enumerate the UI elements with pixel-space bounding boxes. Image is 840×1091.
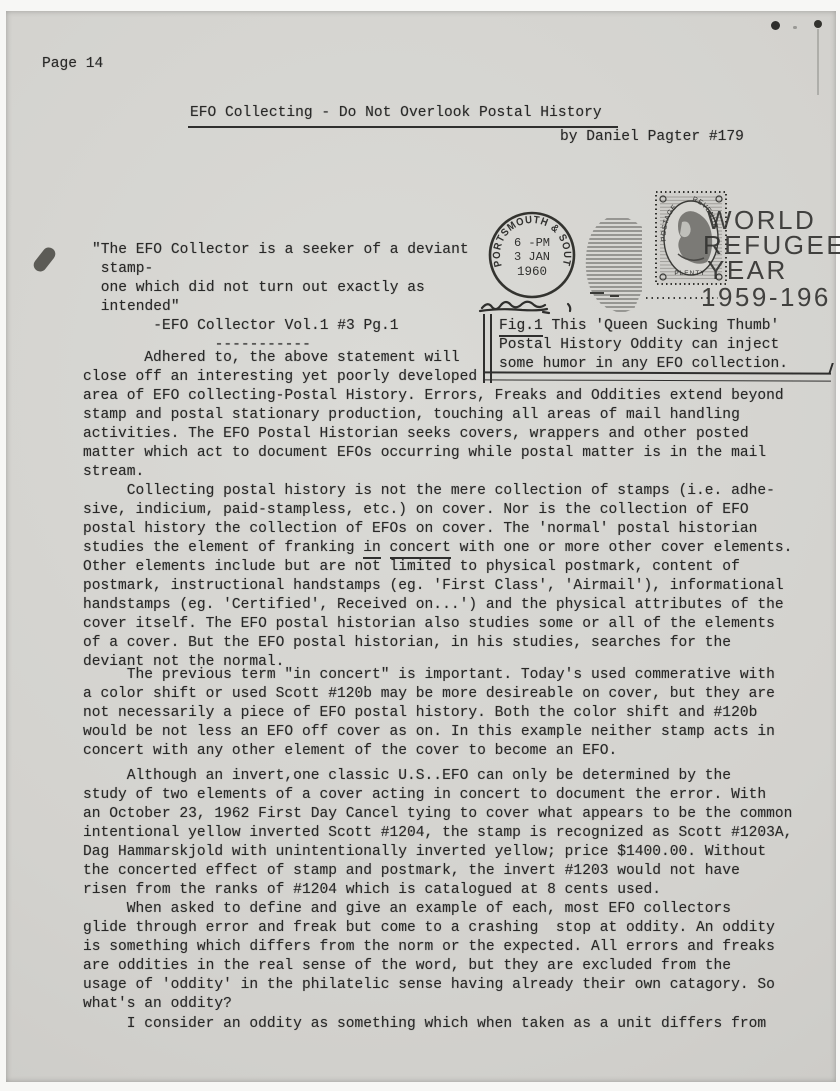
paragraph-2-part-b: Other elements include but are not limit… <box>83 558 784 672</box>
paragraph-5: When asked to define and give an example… <box>83 900 775 1014</box>
ink-speck <box>793 26 797 29</box>
postmark-year: 1960 <box>517 265 547 279</box>
ink-streak <box>817 29 819 95</box>
article-byline: by Daniel Pagter #179 <box>560 128 744 147</box>
cds-postmark: PORTSMOUTH & SOUTHSEA 6 -PM 3 JAN 1960 <box>460 165 574 297</box>
slogan-line-4: 1959-196 <box>701 282 831 312</box>
ink-dot <box>771 21 780 30</box>
paragraph-4: Although an invert,one classic U.S..EFO … <box>83 767 792 900</box>
stamp-bottom-text: PLENTY <box>674 270 705 277</box>
scanned-page: Page 14 EFO Collecting - Do Not Overlook… <box>6 11 836 1082</box>
page-number: Page 14 <box>42 55 103 74</box>
paragraph-1: Adhered to, the above statement will clo… <box>83 349 784 482</box>
slogan-cancel-text: WORLD REFUGEE YEAR 1959-196 <box>701 205 840 312</box>
paragraph-2-concert-line: studies the element of franking in conce… <box>83 539 792 558</box>
slogan-line-3: YEAR <box>707 255 788 285</box>
wavy-cancel-blob <box>586 216 642 312</box>
postmark-time: 6 -PM <box>514 236 550 250</box>
signature-scribble <box>480 302 570 313</box>
ink-blot <box>31 245 58 274</box>
paragraph-6: I consider an oddity as something which … <box>83 1015 766 1034</box>
postmark-date: 3 JAN <box>514 250 550 264</box>
figure-caption-line-1: Fig.1 This 'Queen Sucking Thumb' <box>499 317 779 336</box>
paragraph-3: The previous term "in concert" is import… <box>83 666 775 761</box>
article-title: EFO Collecting - Do Not Overlook Postal … <box>188 104 618 128</box>
paragraph-2-part-a: Collecting postal history is not the mer… <box>83 482 775 539</box>
figure-postal-markings: PORTSMOUTH & SOUTHSEA 6 -PM 3 JAN 1960 <box>460 165 840 330</box>
ink-dot <box>814 20 822 28</box>
opening-quote: "The EFO Collector is a seeker of a devi… <box>92 241 469 355</box>
caption-box-corner-tick <box>824 363 834 374</box>
